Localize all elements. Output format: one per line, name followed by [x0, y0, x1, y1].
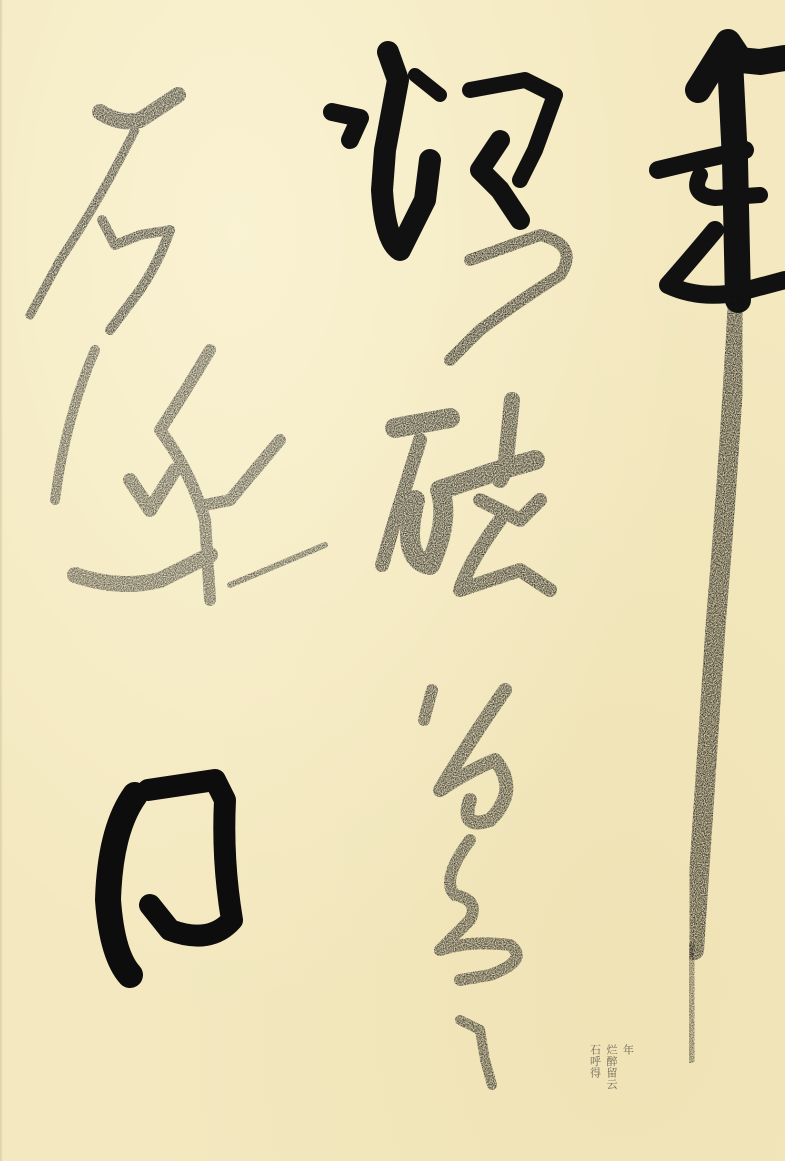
char-de [108, 780, 232, 975]
caption-col-1: 年 [621, 1044, 634, 1090]
char-po [382, 400, 550, 590]
char-liuyun [424, 690, 517, 1085]
calligraphy-artwork [0, 0, 785, 1161]
caption-col-2: 烂醉留云 [605, 1044, 618, 1090]
caption-col-3: 石呼得 [588, 1044, 601, 1090]
calligraphy-page: 年 烂醉留云 石呼得 [0, 0, 785, 1161]
char-shi [30, 95, 178, 330]
char-2 [332, 52, 567, 360]
char-hu [55, 350, 325, 600]
caption-transcription: 年 烂醉留云 石呼得 [588, 1044, 634, 1090]
char-nian [658, 42, 785, 1055]
